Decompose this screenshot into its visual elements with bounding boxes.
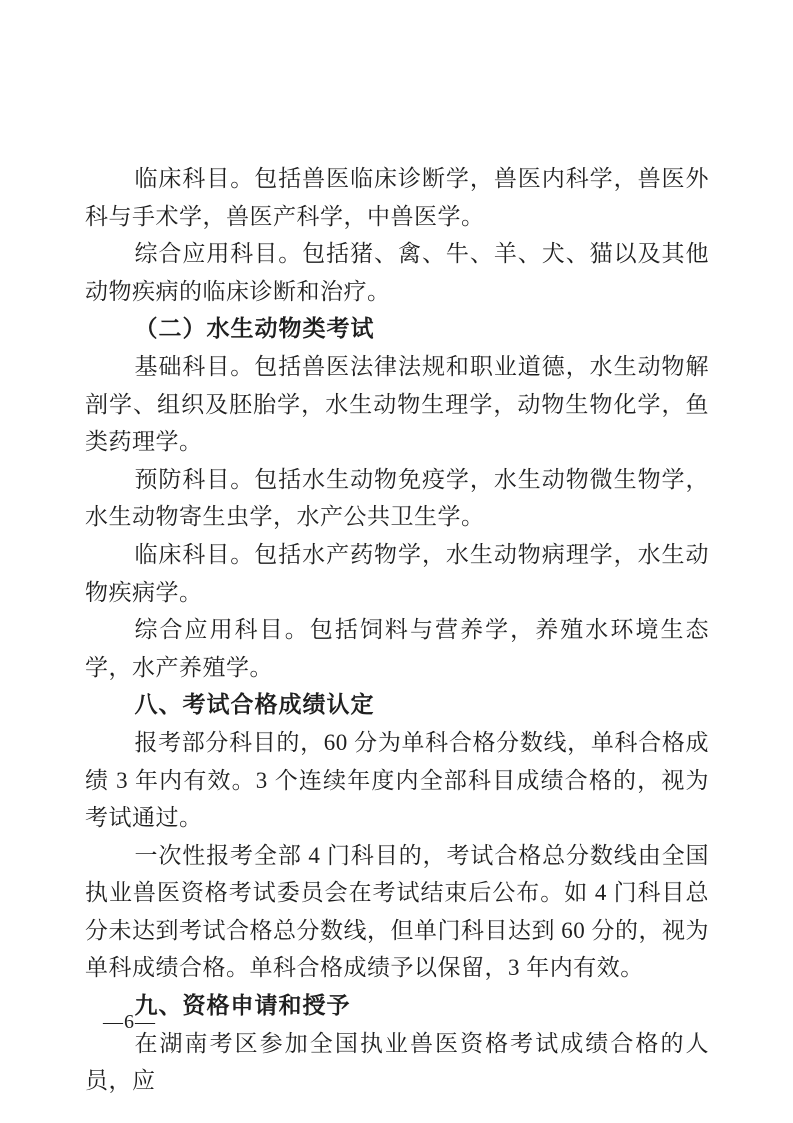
paragraph-hunan-exam-area: 在湖南考区参加全国执业兽医资格考试成绩合格的人员，应: [85, 1025, 709, 1100]
paragraph-clinical-subjects: 临床科目。包括兽医临床诊断学，兽医内科学，兽医外科与手术学，兽医产科学，中兽医学…: [85, 160, 709, 235]
document-body: 临床科目。包括兽医临床诊断学，兽医内科学，兽医外科与手术学，兽医产科学，中兽医学…: [85, 160, 709, 1100]
paragraph-aquatic-comprehensive-subjects: 综合应用科目。包括饲料与营养学，养殖水环境生态学，水产养殖学。: [85, 611, 709, 686]
section-heading-passing-score-determination: 八、考试合格成绩认定: [85, 686, 709, 724]
paragraph-prevention-subjects: 预防科目。包括水生动物免疫学，水生动物微生物学，水生动物寄生虫学，水产公共卫生学…: [85, 461, 709, 536]
page-number: —6—: [103, 1010, 156, 1034]
section-heading-qualification-application: 九、资格申请和授予: [85, 987, 709, 1025]
document-page: 临床科目。包括兽医临床诊断学，兽医内科学，兽医外科与手术学，兽医产科学，中兽医学…: [0, 0, 793, 1123]
paragraph-aquatic-clinical-subjects: 临床科目。包括水产药物学，水生动物病理学，水生动物疾病学。: [85, 536, 709, 611]
paragraph-basic-subjects: 基础科目。包括兽医法律法规和职业道德，水生动物解剖学、组织及胚胎学，水生动物生理…: [85, 348, 709, 461]
paragraph-comprehensive-subjects: 综合应用科目。包括猪、禽、牛、羊、犬、猫以及其他动物疾病的临床诊断和治疗。: [85, 235, 709, 310]
section-heading-aquatic-animal-exam: （二）水生动物类考试: [85, 310, 709, 348]
paragraph-partial-subjects-scoreline: 报考部分科目的，60 分为单科合格分数线，单科合格成绩 3 年内有效。3 个连续…: [85, 724, 709, 837]
paragraph-all-four-subjects-scoreline: 一次性报考全部 4 门科目的，考试合格总分数线由全国执业兽医资格考试委员会在考试…: [85, 837, 709, 987]
